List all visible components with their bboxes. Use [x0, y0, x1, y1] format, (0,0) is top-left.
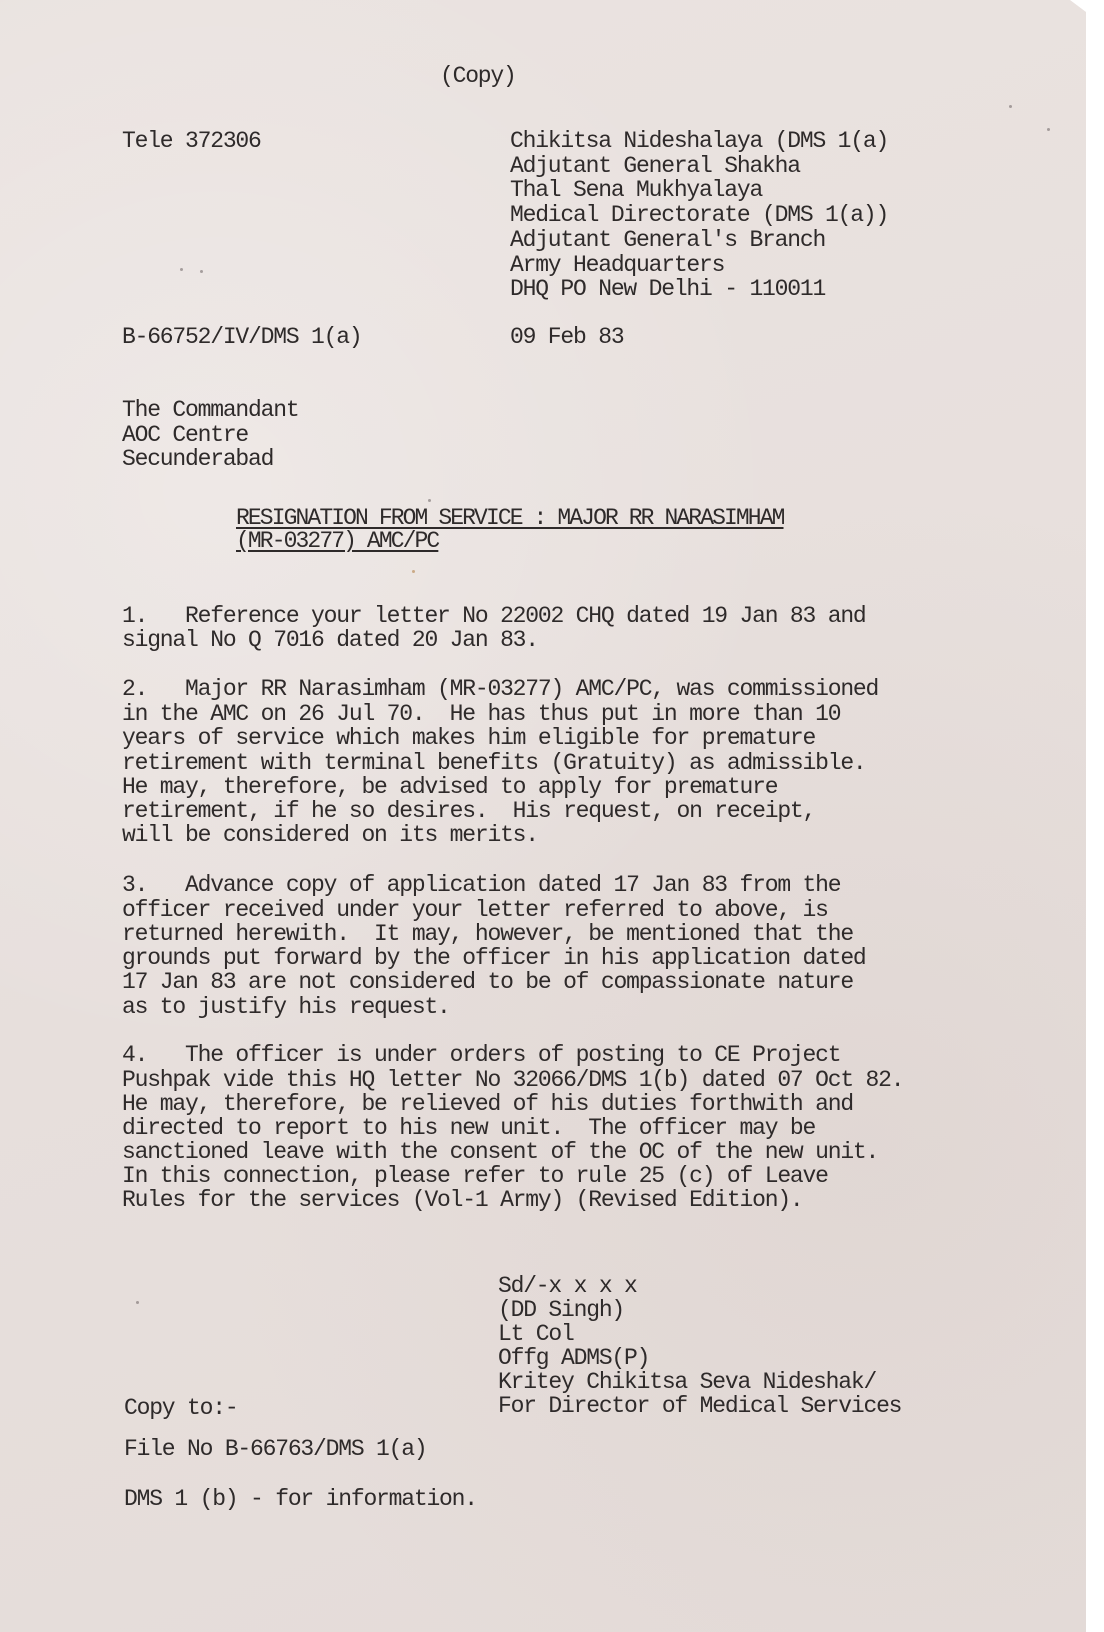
signatory-title-hindi: Kritey Chikitsa Seva Nideshak/ [498, 1370, 876, 1395]
paragraph-line: grounds put forward by the officer in hi… [122, 946, 866, 971]
copy-recipient: DMS 1 (b) - for information. [124, 1487, 477, 1512]
paragraph-line: 17 Jan 83 are not considered to be of co… [122, 970, 853, 995]
paragraph-line: retirement with terminal benefits (Gratu… [122, 751, 866, 776]
signatory-rank: Lt Col [498, 1322, 574, 1347]
recipient-line: The Commandant [122, 398, 298, 423]
signatory-title-english: For Director of Medical Services [498, 1394, 901, 1419]
paragraph-line: will be considered on its merits. [122, 823, 538, 848]
file-number: File No B-66763/DMS 1(a) [124, 1437, 426, 1462]
paragraph-line: 1. Reference your letter No 22002 CHQ da… [122, 604, 866, 629]
paragraph-line: 3. Advance copy of application dated 17 … [122, 873, 840, 898]
paper-sheet: (Copy) Tele 372306 Chikitsa Nideshalaya … [0, 0, 1086, 1632]
recipient-line: Secunderabad [122, 447, 273, 472]
paper-speck [200, 270, 203, 273]
subject-line-1: RESIGNATION FROM SERVICE : MAJOR RR NARA… [236, 506, 784, 531]
address-line: Chikitsa Nideshalaya (DMS 1(a) [510, 129, 888, 154]
address-line: DHQ PO New Delhi - 110011 [510, 277, 825, 302]
paper-speck [136, 1301, 139, 1304]
recipient-line: AOC Centre [122, 423, 248, 448]
paragraph-line: 4. The officer is under orders of postin… [122, 1043, 840, 1068]
paragraph-line: Rules for the services (Vol-1 Army) (Rev… [122, 1188, 803, 1213]
paragraph-line: 2. Major RR Narasimham (MR-03277) AMC/PC… [122, 677, 878, 702]
paragraph-line: years of service which makes him eligibl… [122, 726, 815, 751]
paragraph-line: officer received under your letter refer… [122, 898, 828, 923]
paragraph-line: returned herewith. It may, however, be m… [122, 922, 853, 947]
paragraph-line: Pushpak vide this HQ letter No 32066/DMS… [122, 1068, 903, 1093]
signatory-name: (DD Singh) [498, 1298, 624, 1323]
address-line: Army Headquarters [510, 253, 724, 278]
paper-speck [1047, 128, 1050, 131]
paragraph-line: sanctioned leave with the consent of the… [122, 1140, 878, 1165]
copy-label: (Copy) [440, 64, 516, 89]
signatory-appointment: Offg ADMS(P) [498, 1346, 649, 1371]
letter-date: 09 Feb 83 [510, 325, 623, 350]
signature-line: Sd/-x x x x [498, 1274, 637, 1299]
subject-line-2: (MR-03277) AMC/PC [236, 529, 438, 554]
paper-speck [180, 268, 183, 271]
paragraph-line: as to justify his request. [122, 995, 450, 1020]
paragraph-line: He may, therefore, be advised to apply f… [122, 775, 777, 800]
address-line: Adjutant General's Branch [510, 228, 825, 253]
copy-to-label: Copy to:- [124, 1396, 237, 1421]
paragraph-line: In this connection, please refer to rule… [122, 1164, 828, 1189]
address-line: Medical Directorate (DMS 1(a)) [510, 203, 888, 228]
paragraph-line: He may, therefore, be relieved of his du… [122, 1092, 853, 1117]
paper-speck [1009, 105, 1012, 108]
telephone-number: Tele 372306 [122, 129, 261, 154]
address-line: Thal Sena Mukhyalaya [510, 178, 762, 203]
paragraph-line: directed to report to his new unit. The … [122, 1116, 815, 1141]
address-line: Adjutant General Shakha [510, 154, 800, 179]
paragraph-line: in the AMC on 26 Jul 70. He has thus put… [122, 702, 840, 727]
paper-speck [412, 570, 415, 573]
reference-number: B-66752/IV/DMS 1(a) [122, 325, 361, 350]
paragraph-line: retirement, if he so desires. His reques… [122, 799, 815, 824]
paragraph-line: signal No Q 7016 dated 20 Jan 83. [122, 628, 538, 653]
paper-speck [428, 499, 431, 502]
